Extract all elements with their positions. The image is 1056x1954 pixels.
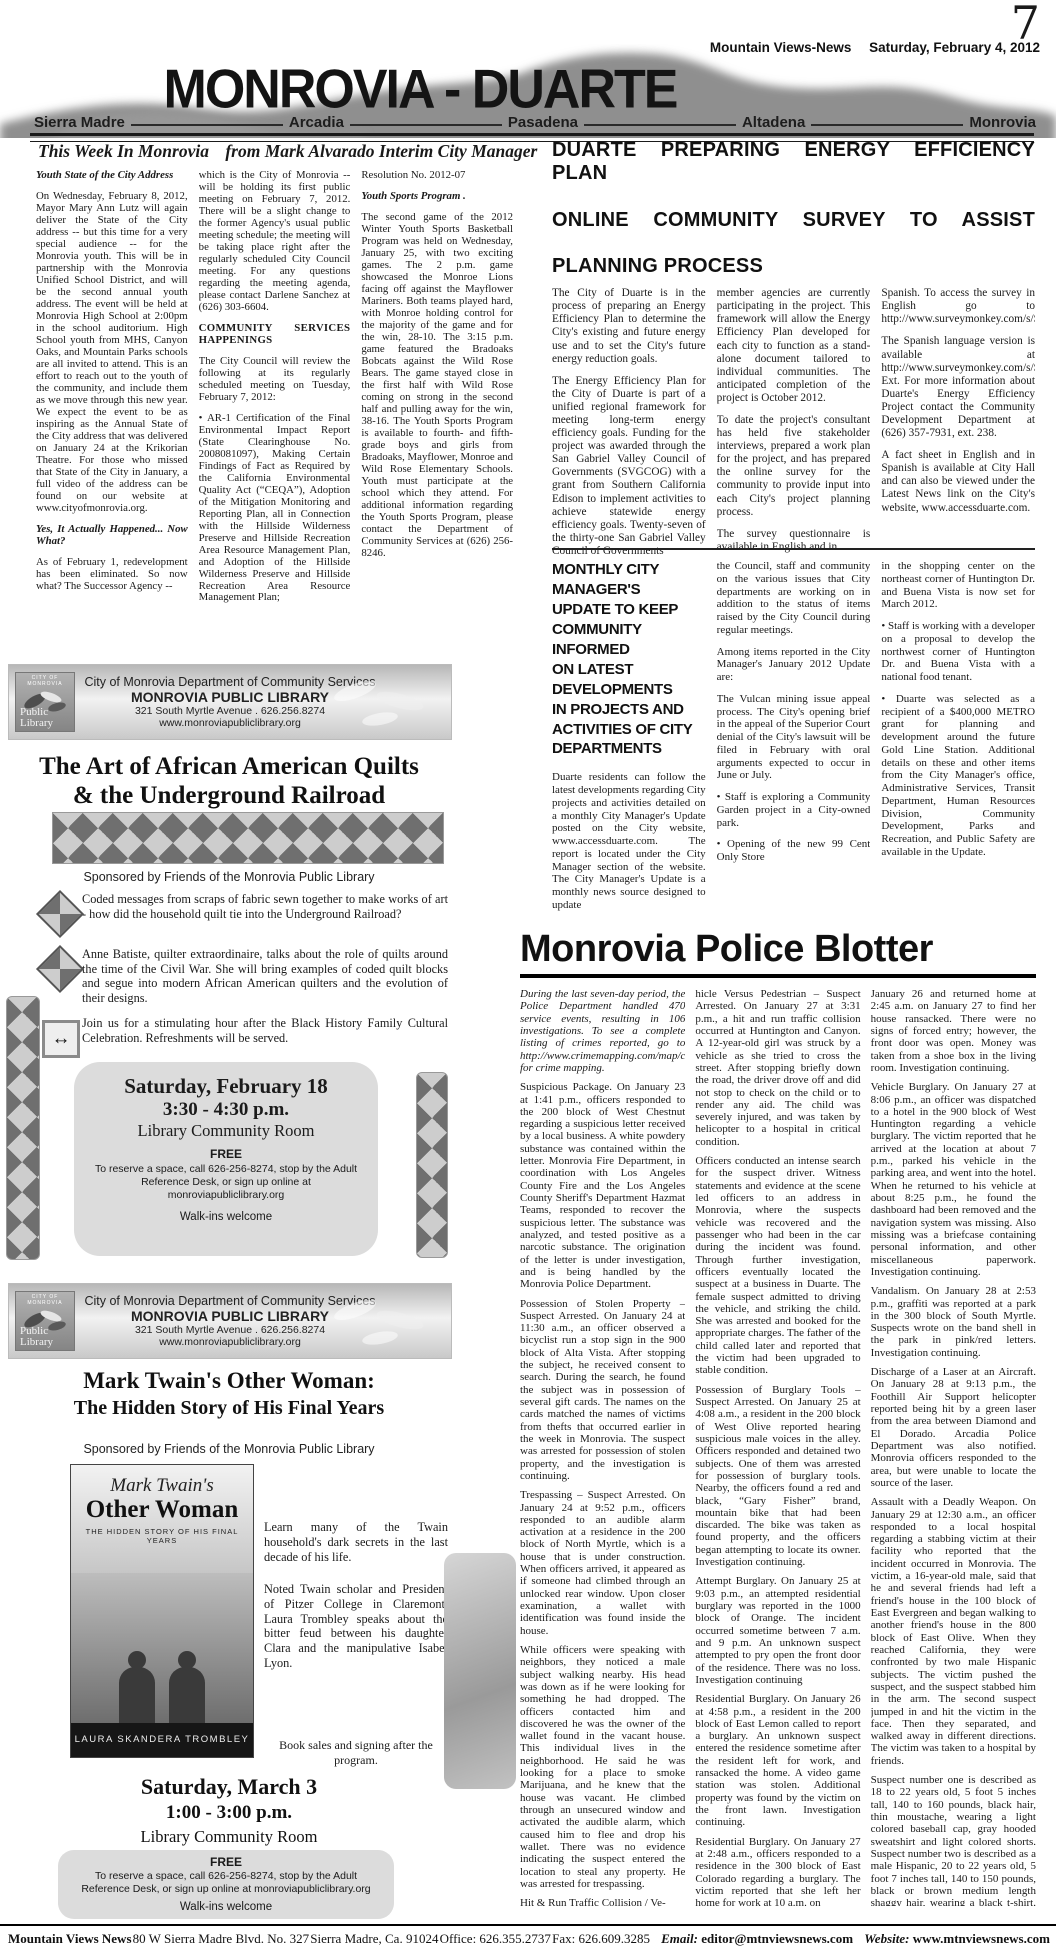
footer-website-label: Website:: [864, 1931, 909, 1946]
book-subtitle: THE HIDDEN STORY OF HIS FINAL YEARS: [71, 1527, 253, 1545]
paragraph: Yes, It Actually Happened... Now What?: [36, 523, 188, 547]
quilt-block-icon: [36, 947, 82, 991]
leaf-decoration-icon: [325, 671, 445, 736]
paragraph: the Council, staff and community on the …: [717, 560, 871, 637]
paragraph: Vandalism. On January 28 at 2:53 p.m., g…: [871, 1285, 1036, 1359]
event-place: Library Community Room: [74, 1121, 378, 1141]
paragraph: which is the City of Monrovia -- will be…: [199, 169, 351, 313]
event-reserve-text: To reserve a space, call 626-256-8274, s…: [80, 1870, 372, 1896]
paragraph: Vehicle Burglary. On January 27 at 8:06 …: [871, 1081, 1036, 1278]
footer-email-label: Email:: [661, 1931, 698, 1946]
article-column: hicle Versus Pedestrian – Suspect Arrest…: [695, 988, 860, 1906]
twain-ad-title: Mark Twain's Other Woman:: [8, 1368, 450, 1394]
headline-line: MANAGER'S: [552, 580, 706, 600]
article-column: January 26 and returned home at 2:45 a.m…: [871, 988, 1036, 1906]
paragraph: Assault with a Deadly Weapon. On January…: [871, 1496, 1036, 1767]
paragraph: A fact sheet in English and in Spanish i…: [881, 449, 1035, 514]
bullet-text: Coded messages from scraps of fabric sew…: [82, 892, 448, 921]
leaf-decoration-icon: [325, 1290, 445, 1355]
figure-silhouette: [119, 1667, 155, 1729]
event-walkins: Walk-ins welcome: [74, 1211, 378, 1223]
figure-silhouette: [169, 1667, 205, 1729]
section-divider-rule: [552, 548, 1035, 550]
article-headline: MONTHLY CITYMANAGER'SUPDATE TO KEEPCOMMU…: [552, 560, 706, 759]
city-pasadena: Pasadena: [508, 114, 578, 131]
headline-line: ONLINE COMMUNITY SURVEY TO ASSIST: [552, 209, 1035, 255]
paragraph: Possession of Burglary Tools – Suspect A…: [695, 1384, 860, 1569]
headline-line: ON LATEST: [552, 660, 706, 680]
article-title: This Week In Monrovia from Mark Alvarado…: [38, 141, 513, 162]
paragraph: On Wednesday, February 8, 2012, Mayor Ma…: [36, 190, 188, 514]
police-blotter-headline: Monrovia Police Blotter: [520, 928, 1036, 978]
paragraph: The City Council will review the followi…: [199, 355, 351, 403]
sponsor-line: Sponsored by Friends of the Monrovia Pub…: [8, 870, 450, 884]
book-sales-note: Book sales and signing after the program…: [264, 1738, 448, 1768]
paragraph: January 26 and returned home at 2:45 a.m…: [871, 988, 1036, 1074]
article-byline: from Mark Alvarado Interim City Manager: [225, 141, 537, 161]
article-headline: DUARTE PREPARING ENERGY EFFICIENCY PLANO…: [552, 139, 1035, 278]
logo-top-text: CITY OF MONROVIA: [16, 1294, 74, 1306]
bullet-row: ↔ Join us for a stimulating hour after t…: [36, 1016, 448, 1060]
bullet-row: Coded messages from scraps of fabric sew…: [36, 892, 448, 936]
book-title: Other Woman: [71, 1497, 253, 1523]
arrows-icon: ↔: [36, 1016, 82, 1060]
photo-side-strip: [444, 1553, 516, 1789]
paragraph: Youth State of the City Address: [36, 169, 188, 181]
paragraph: Among items reported in the City Manager…: [717, 646, 871, 684]
paragraph: Attempt Burglary. On January 25 at 9:03 …: [695, 1575, 860, 1686]
headline-line: DEVELOPMENTS: [552, 680, 706, 700]
header-double-rule: [30, 133, 1034, 142]
quilts-ad-title: The Art of African American Quilts & the…: [8, 752, 450, 810]
paragraph: • Staff is exploring a Community Garden …: [717, 791, 871, 829]
bullet-text: Anne Batiste, quilter extraordinaire, ta…: [82, 947, 448, 1005]
divider-line: [131, 124, 283, 126]
article-column: which is the City of Monrovia -- will be…: [199, 169, 351, 669]
event-time: 1:00 - 3:00 p.m.: [8, 1802, 450, 1824]
logo-label: Public Library: [20, 1326, 74, 1348]
paragraph: Residential Burglary. On January 26 at 4…: [695, 1693, 860, 1828]
sponsor-line: Sponsored by Friends of the Monrovia Pub…: [8, 1442, 450, 1456]
city-monrovia: Monrovia: [969, 114, 1036, 131]
footer-address: 80 W Sierra Madre Blvd. No. 327: [133, 1931, 309, 1947]
paragraph: Officers conducted an intense search for…: [695, 1155, 860, 1377]
footer-rule: [0, 1924, 1056, 1926]
bullet-row: Anne Batiste, quilter extraordinaire, ta…: [36, 947, 448, 1005]
article-column: in the shopping center on the northeast …: [881, 560, 1035, 930]
event-date: Saturday, February 18: [74, 1074, 378, 1099]
paragraph: Suspect number one is described as 18 to…: [871, 1774, 1036, 1906]
paragraph: Spanish. To access the survey in English…: [881, 287, 1035, 326]
event-walkins: Walk-ins welcome: [58, 1901, 394, 1913]
library-logo: CITY OF MONROVIA Public Library: [15, 672, 75, 732]
paragraph: Possession of Stolen Property – Suspect …: [520, 1298, 685, 1483]
paragraph: Trespassing – Suspect Arrested. On Janua…: [520, 1489, 685, 1637]
headline-line: DEPARTMENTS: [552, 739, 706, 759]
logo-label: Public Library: [20, 707, 74, 729]
footer: Mountain Views News 80 W Sierra Madre Bl…: [8, 1931, 1050, 1947]
footer-paper-name: Mountain Views News: [8, 1931, 132, 1946]
divider-line: [350, 124, 502, 126]
paragraph: While officers were speaking with neighb…: [520, 1644, 685, 1890]
headline-line: UPDATE TO KEEP: [552, 600, 706, 620]
article-column: Youth State of the City AddressOn Wednes…: [36, 169, 188, 669]
ad-title-line: & the Underground Railroad: [8, 781, 450, 810]
footer-office-phone: Office: 626.355.2737: [440, 1931, 551, 1947]
paragraph: The second game of the 2012 Winter Youth…: [361, 211, 513, 559]
article-this-week-in-monrovia: This Week In Monrovia from Mark Alvarado…: [36, 141, 513, 669]
city-altadena: Altadena: [742, 114, 805, 131]
paragraph: • Duarte was selected as a recipient of …: [881, 693, 1035, 859]
book-author: LAURA SKANDERA TROMBLEY: [71, 1723, 253, 1757]
bullet-text: Join us for a stimulating hour after the…: [82, 1016, 448, 1045]
paragraph: To date the project's consultant has hel…: [717, 414, 871, 519]
paragraph: • Staff is working with a developer on a…: [881, 620, 1035, 684]
paragraph: The Energy Efficiency Plan for the City …: [552, 375, 706, 558]
event-free-label: FREE: [74, 1147, 378, 1161]
paragraph: The City of Duarte is in the process of …: [552, 287, 706, 366]
city-arcadia: Arcadia: [289, 114, 344, 131]
logo-top-text: CITY OF MONROVIA: [16, 675, 74, 687]
library-ad-header-band: CITY OF MONROVIA Public Library City of …: [8, 1283, 452, 1359]
paragraph: As of February 1, redevelopment has been…: [36, 556, 188, 592]
paragraph: Hit & Run Traffic Collision / Ve-: [520, 1897, 685, 1906]
footer-fax: Fax: 626.609.3285: [552, 1931, 650, 1947]
paragraph: COMMUNITY SERVICES HAPPENINGS: [199, 322, 351, 346]
headline-line: INFORMED: [552, 640, 706, 660]
article-column: MONTHLY CITYMANAGER'SUPDATE TO KEEPCOMMU…: [552, 560, 706, 930]
paragraph: • Opening of the new 99 Cent Only Store: [717, 838, 871, 864]
headline-line: PLANNING PROCESS: [552, 255, 1035, 278]
twain-ad-text: Learn many of the Twain household's dark…: [264, 1520, 448, 1564]
paragraph: Suspicious Package. On January 23 at 1:4…: [520, 1081, 685, 1290]
headline-line: DUARTE PREPARING ENERGY EFFICIENCY PLAN: [552, 139, 1035, 209]
headline-line: ACTIVITIES OF CITY: [552, 720, 706, 740]
library-ad-header-band: CITY OF MONROVIA Public Library City of …: [8, 664, 452, 740]
footer-city: Sierra Madre, Ca. 91024: [310, 1931, 438, 1947]
paragraph: Duarte residents can follow the latest d…: [552, 771, 706, 911]
newspaper-page: 7 Mountain Views-News Saturday, February…: [0, 0, 1056, 1954]
twain-ad-text: Noted Twain scholar and President of Pit…: [264, 1582, 448, 1671]
event-reserve-text: To reserve a space, call 626-256-8274, s…: [92, 1163, 360, 1202]
headline-line: IN PROJECTS AND: [552, 700, 706, 720]
paragraph: The Vulcan mining issue appeal process. …: [717, 693, 871, 782]
footer-website: www.mtnviewsnews.com: [913, 1931, 1050, 1946]
paragraph: hicle Versus Pedestrian – Suspect Arrest…: [695, 988, 860, 1148]
library-logo: CITY OF MONROVIA Public Library: [15, 1291, 75, 1351]
paragraph: member agencies are currently participat…: [717, 287, 871, 405]
paragraph: Residential Burglary. On January 27 at 2…: [695, 1836, 860, 1906]
article-police-blotter: During the last seven-day period, the Po…: [520, 988, 1036, 1906]
quilt-side-strip: [416, 1072, 448, 1258]
event-place: Library Community Room: [8, 1827, 450, 1847]
ad-title-line: The Art of African American Quilts: [8, 752, 450, 781]
quilt-side-strip: [6, 996, 40, 1260]
article-column: During the last seven-day period, the Po…: [520, 988, 685, 1906]
divider-line: [584, 124, 736, 126]
paragraph: Discharge of a Laser at an Aircraft. On …: [871, 1366, 1036, 1489]
event-date: Saturday, March 3: [8, 1774, 450, 1800]
quilts-ad-bullets: Coded messages from scraps of fabric sew…: [36, 892, 448, 1071]
paragraph: in the shopping center on the northeast …: [881, 560, 1035, 611]
quilts-event-box: Saturday, February 18 3:30 - 4:30 p.m. L…: [74, 1062, 378, 1256]
quilt-pattern-image: [52, 812, 444, 864]
section-title: MONROVIA - DUARTE: [140, 58, 700, 121]
twain-ad-subtitle: The Hidden Story of His Final Years: [8, 1397, 450, 1420]
paragraph: Resolution No. 2012-07: [361, 169, 513, 181]
city-sierra-madre: Sierra Madre: [34, 114, 125, 131]
headline-line: COMMUNITY: [552, 620, 706, 640]
article-column: Resolution No. 2012-07Youth Sports Progr…: [361, 169, 513, 669]
book-cover-image: Mark Twain's Other Woman THE HIDDEN STOR…: [70, 1464, 254, 1758]
paragraph: The Spanish language version is availabl…: [881, 335, 1035, 440]
paragraph: • AR-1 Certification of the Final Enviro…: [199, 412, 351, 604]
quilt-block-icon: [36, 892, 82, 936]
article-monthly-city-managers-update: MONTHLY CITYMANAGER'SUPDATE TO KEEPCOMMU…: [552, 560, 1035, 930]
article-duarte-energy-plan: DUARTE PREPARING ENERGY EFFICIENCY PLANO…: [552, 139, 1035, 615]
paragraph: During the last seven-day period, the Po…: [520, 988, 685, 1074]
divider-line: [811, 124, 963, 126]
event-time: 3:30 - 4:30 p.m.: [74, 1099, 378, 1121]
footer-email: editor@mtnviewsnews.com: [701, 1931, 853, 1946]
event-free-label: FREE: [58, 1855, 394, 1869]
paragraph: Youth Sports Program .: [361, 190, 513, 202]
cities-nav-row: Sierra Madre Arcadia Pasadena Altadena M…: [34, 114, 1036, 131]
twain-event-box: FREE To reserve a space, call 626-256-82…: [58, 1850, 394, 1919]
article-column: Duarte residents can follow the latest d…: [552, 771, 706, 911]
article-title-text: This Week In Monrovia: [38, 141, 209, 161]
article-column: the Council, staff and community on the …: [717, 560, 871, 930]
book-photo-area: [71, 1573, 253, 1723]
headline-line: MONTHLY CITY: [552, 560, 706, 580]
book-title-script: Mark Twain's: [71, 1475, 253, 1497]
